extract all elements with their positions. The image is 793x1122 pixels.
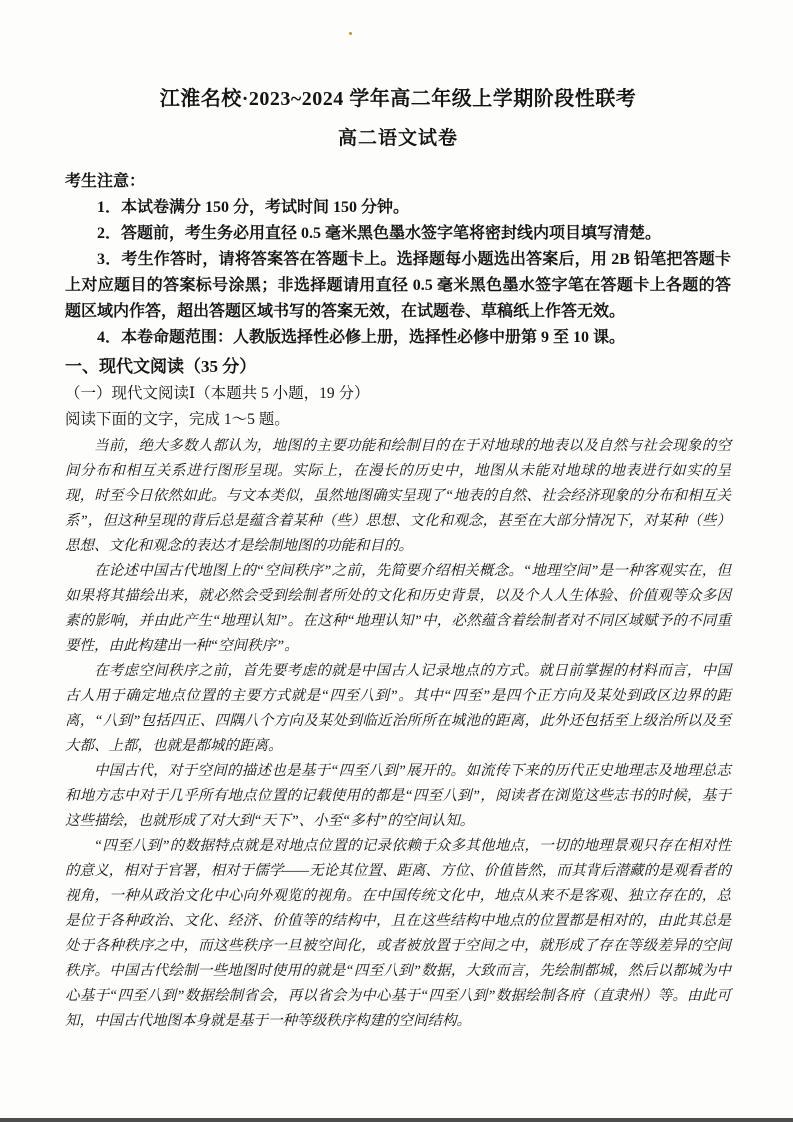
passage-paragraph-4: 中国古代，对于空间的描述也是基于“四至八到”展开的。如流传下来的历代正史地理志及… <box>65 759 731 834</box>
scan-speck <box>349 32 352 35</box>
exam-subject-title: 高二语文试卷 <box>65 127 731 151</box>
scan-edge-strip <box>0 1118 793 1122</box>
subsection-heading-reading-1: （一）现代文阅读Ⅰ（本题共 5 小题，19 分） <box>65 381 731 407</box>
passage-paragraph-5: “四至八到”的数据特点就是对地点位置的记录依赖于众多其他地点，一切的地理景观只存… <box>65 834 731 1034</box>
passage-paragraph-2: 在论述中国古代地图上的“空间秩序”之前，先简要介绍相关概念。“地理空间”是一种客… <box>65 559 731 659</box>
notice-item-2: 2．答题前，考生务必用直径 0.5 毫米黑色墨水签字笔将密封线内项目填写清楚。 <box>65 221 731 247</box>
candidate-notice: 考生注意： 1．本试卷满分 150 分，考试时间 150 分钟。 2．答题前，考… <box>65 169 731 351</box>
reading-instruction: 阅读下面的文字，完成 1～5 题。 <box>65 407 731 432</box>
exam-title: 江淮名校·2023~2024 学年高二年级上学期阶段性联考 <box>65 86 731 112</box>
notice-item-1: 1．本试卷满分 150 分，考试时间 150 分钟。 <box>65 195 731 221</box>
section-heading-modern-reading: 一、现代文阅读（35 分） <box>65 351 731 381</box>
exam-paper-page: 江淮名校·2023~2024 学年高二年级上学期阶段性联考 高二语文试卷 考生注… <box>0 0 793 1122</box>
notice-heading: 考生注意： <box>65 169 731 195</box>
page-content: 江淮名校·2023~2024 学年高二年级上学期阶段性联考 高二语文试卷 考生注… <box>65 86 731 1034</box>
notice-item-4: 4．本卷命题范围：人教版选择性必修上册，选择性必修中册第 9 至 10 课。 <box>65 325 731 351</box>
reading-passage: 当前，绝大多数人都认为，地图的主要功能和绘制目的在于对地球的地表以及自然与社会现… <box>65 434 731 1034</box>
passage-paragraph-1: 当前，绝大多数人都认为，地图的主要功能和绘制目的在于对地球的地表以及自然与社会现… <box>65 434 731 559</box>
notice-item-3: 3．考生作答时，请将答案答在答题卡上。选择题每小题选出答案后，用 2B 铅笔把答… <box>65 247 731 325</box>
passage-paragraph-3: 在考虑空间秩序之前，首先要考虑的就是中国古人记录地点的方式。就日前掌握的材料而言… <box>65 659 731 759</box>
